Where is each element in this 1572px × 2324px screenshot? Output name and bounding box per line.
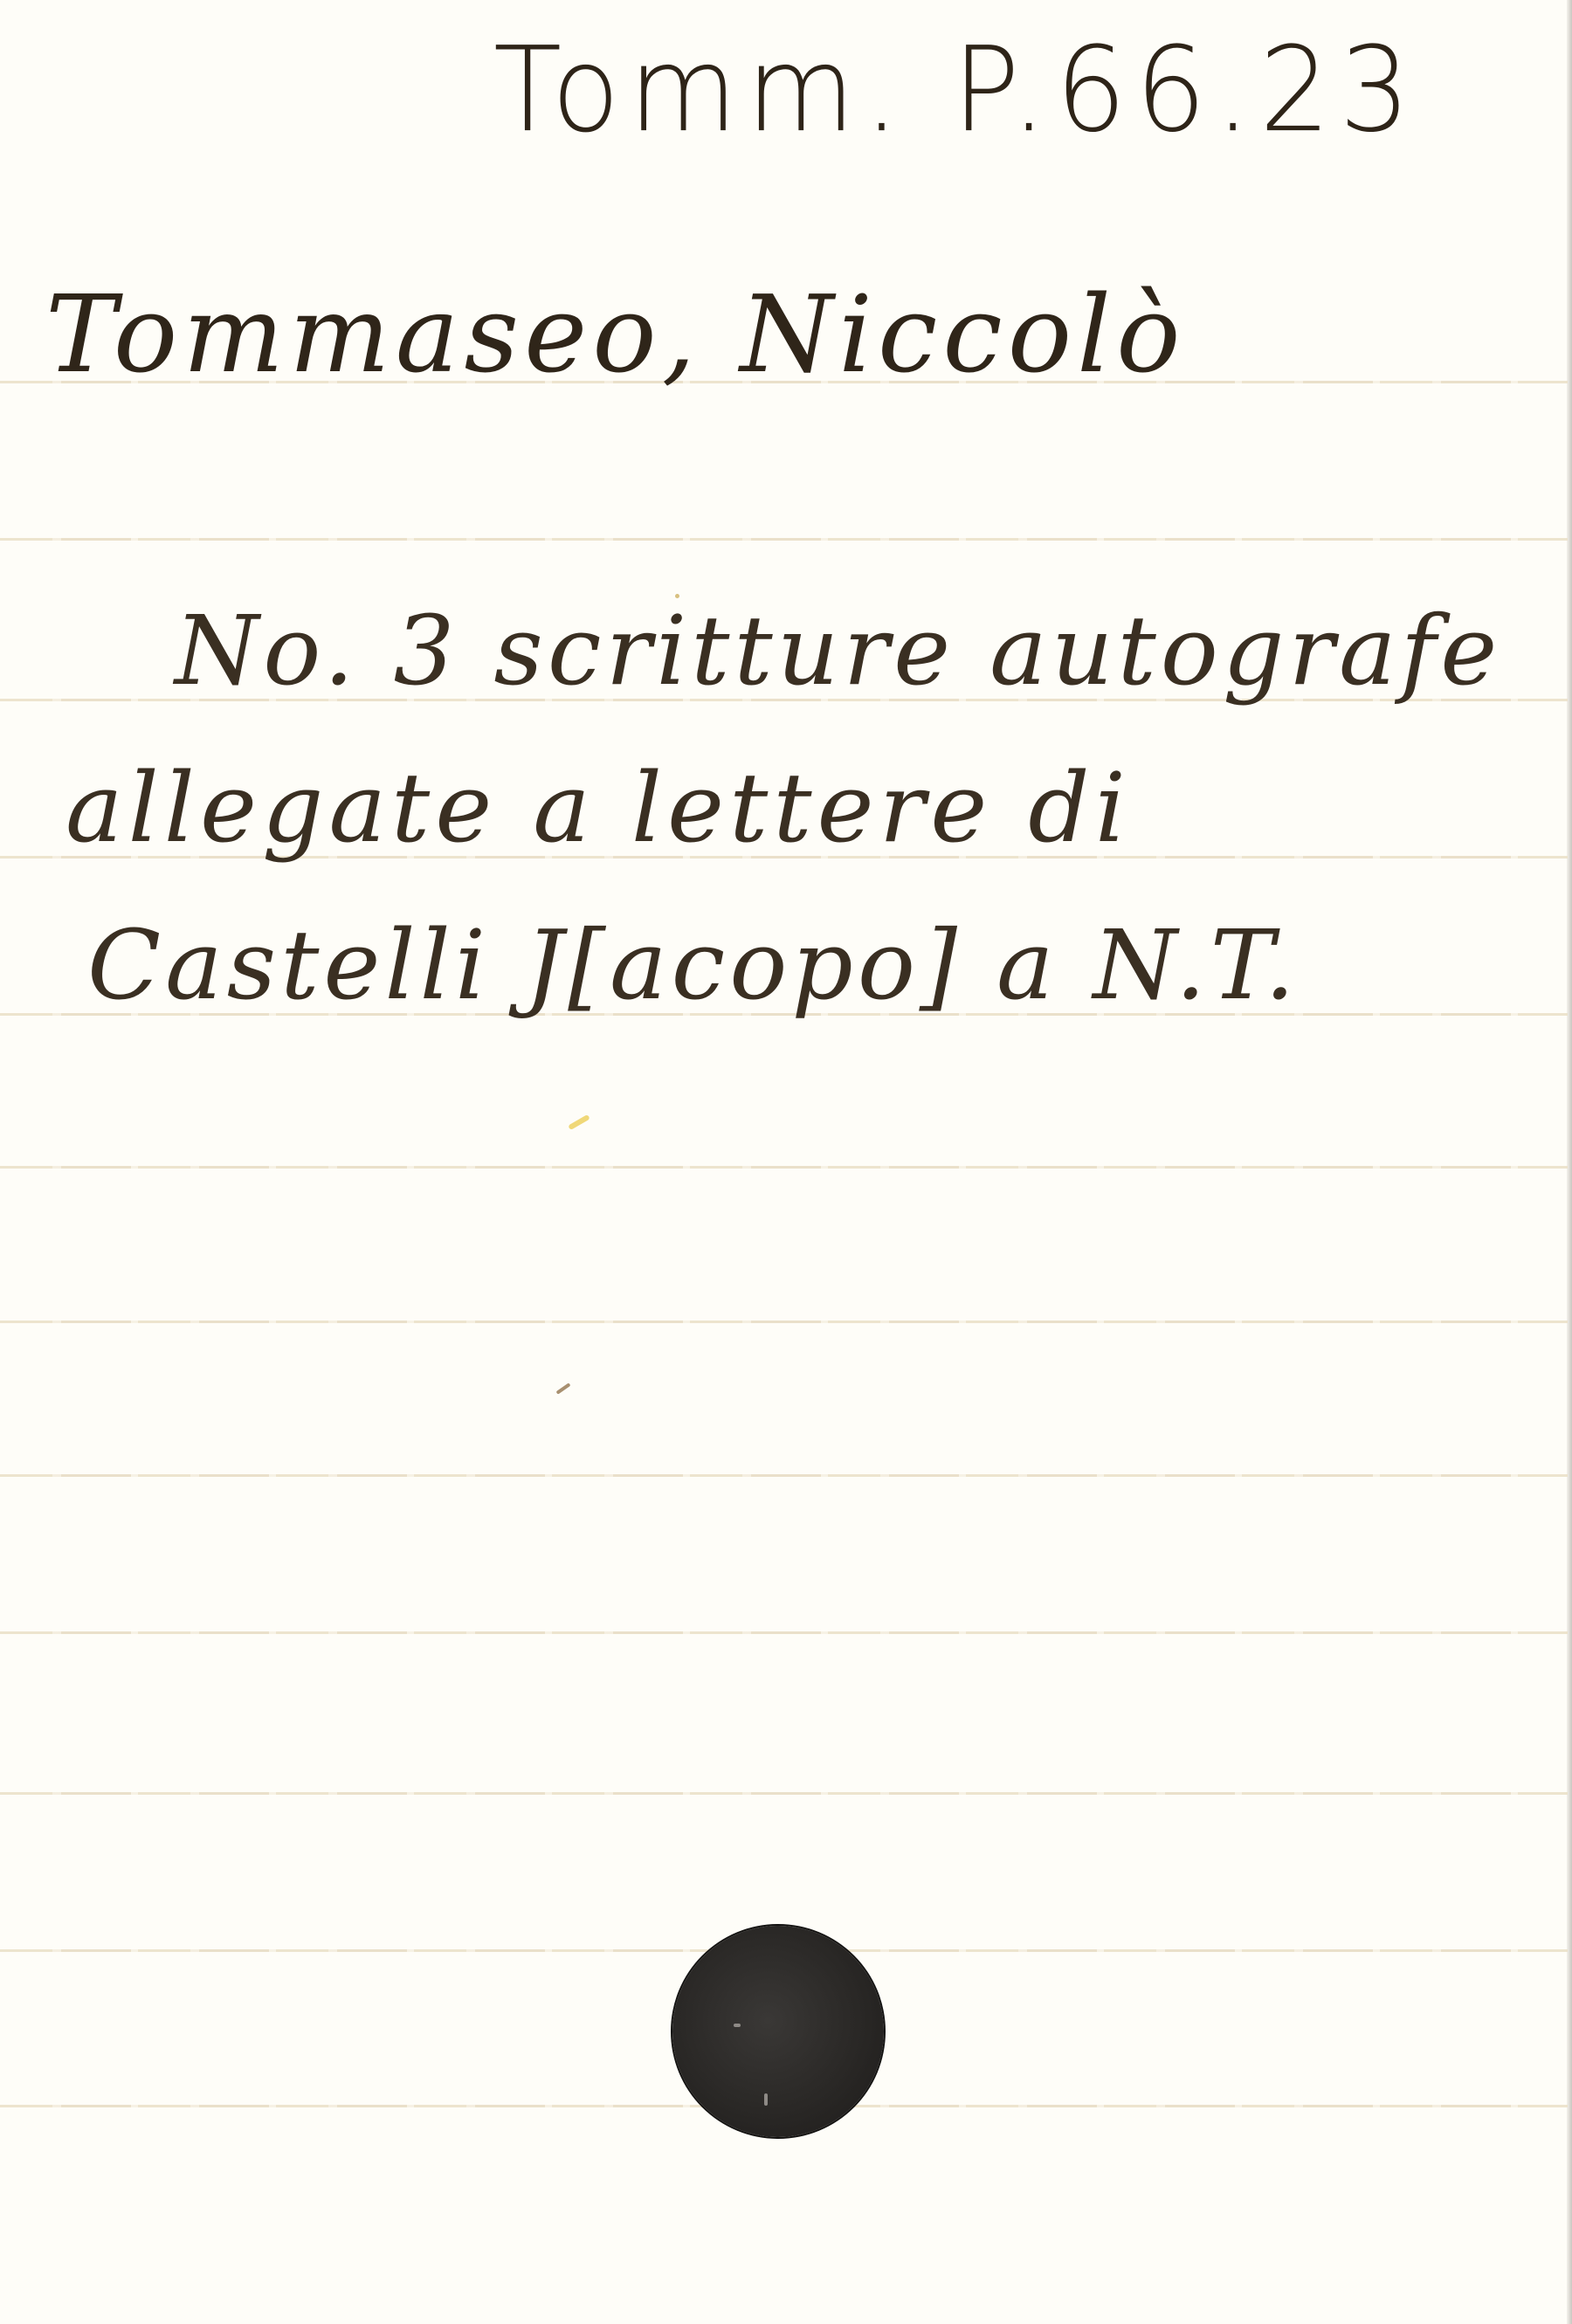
ink-speck — [555, 1383, 570, 1395]
description-line: No. 3 scritture autografe — [175, 603, 1501, 699]
punch-hole — [672, 1926, 884, 2137]
author-heading: Tommaseo, Niccolò — [45, 281, 1186, 388]
ruled-line — [0, 538, 1568, 541]
hole-speck — [734, 2024, 741, 2027]
ruled-line — [0, 1474, 1568, 1477]
catalog-card: Tomm. P.66.23 Tommaseo, Niccolò No. 3 sc… — [0, 0, 1572, 2324]
ruled-line — [0, 1166, 1568, 1169]
ink-speck — [568, 1114, 590, 1130]
hole-speck — [764, 2093, 768, 2106]
description-line: Castelli J[acopo] a N.T. — [87, 917, 1300, 1013]
call-number: Tomm. P.66.23 — [493, 32, 1419, 149]
ruled-line — [0, 1792, 1568, 1795]
ink-speck — [675, 594, 679, 598]
ruled-line — [0, 1321, 1568, 1323]
ruled-line — [0, 1631, 1568, 1634]
description-line: allegate a lettere di — [65, 760, 1131, 856]
card-right-edge — [1567, 0, 1572, 2324]
